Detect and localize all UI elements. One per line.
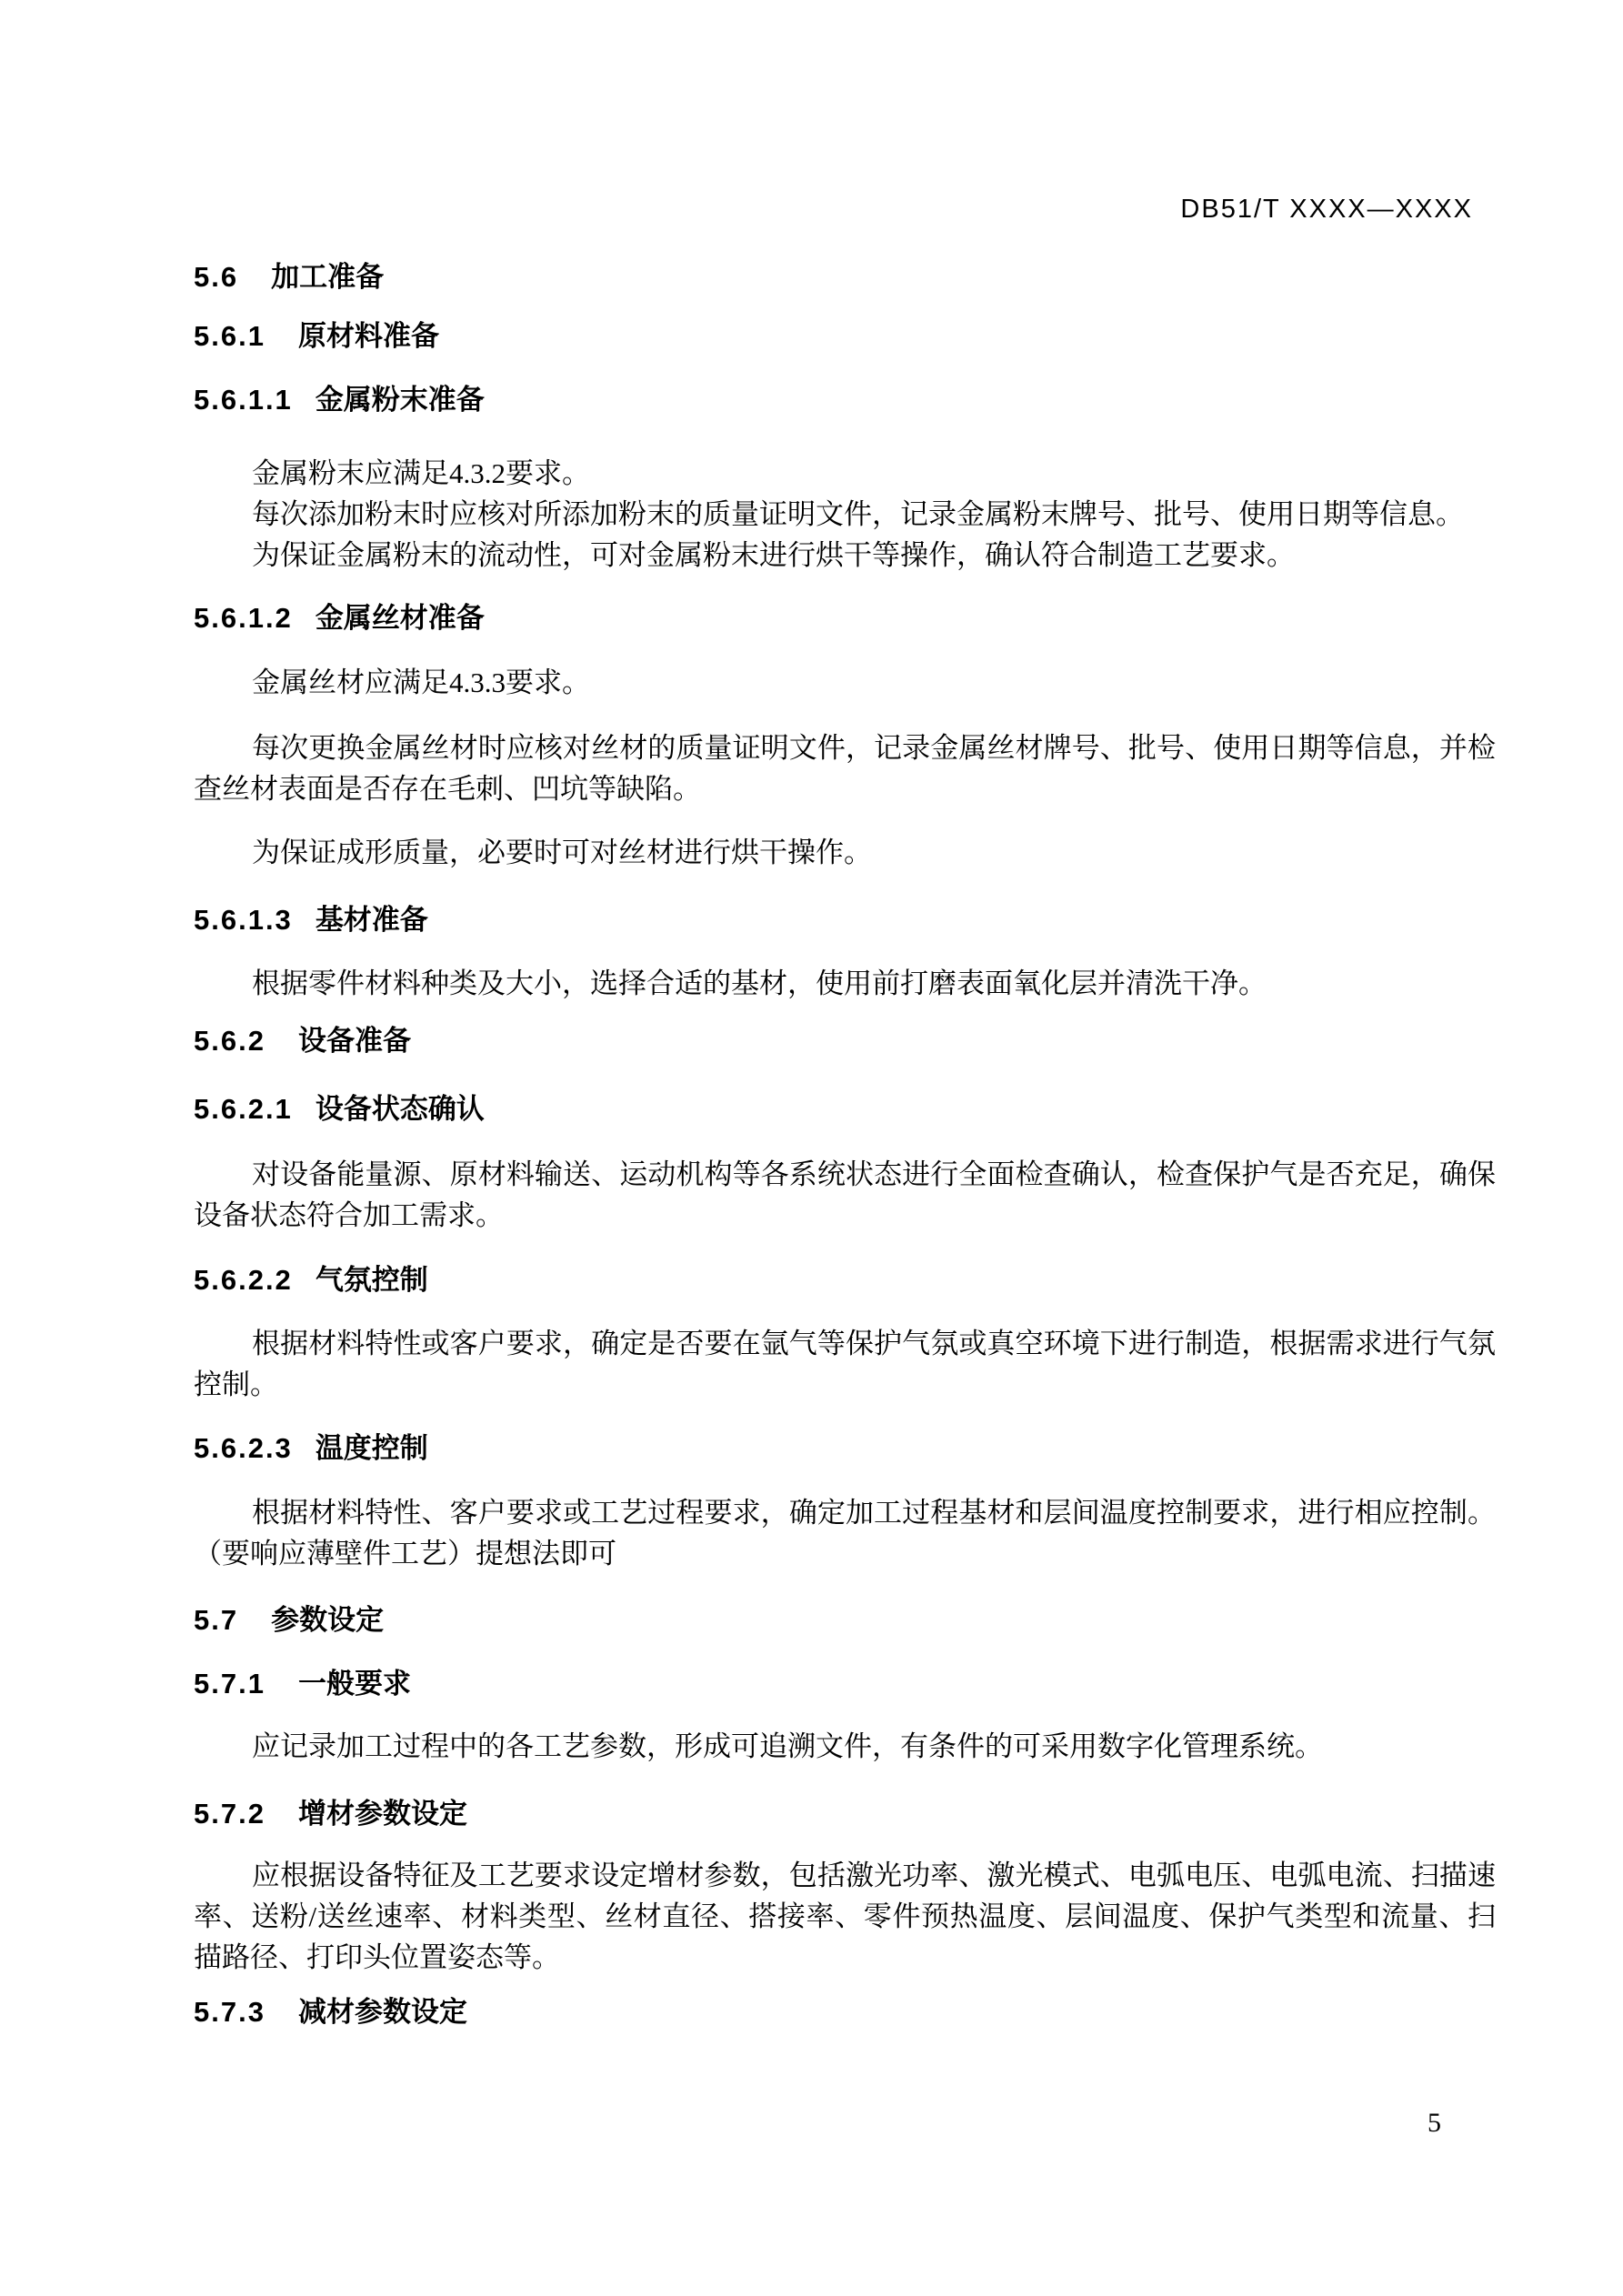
clause-number: 5.6.2.1 [194, 1094, 293, 1125]
clause-number: 5.6.1 [194, 321, 265, 352]
clause-heading-5-7-3: 5.7.3 减材参数设定 [194, 1997, 467, 2028]
clause-heading-5-6-1-2: 5.6.1.2 金属丝材准备 [194, 603, 485, 634]
clause-paragraph-temperature-control: 根据材料特性、客户要求或工艺过程要求，确定加工过程基材和层间温度控制要求，进行相… [194, 1492, 1496, 1574]
clause-number: 5.7.3 [194, 1997, 265, 2028]
clause-title: 减材参数设定 [298, 1997, 467, 2028]
clause-number: 5.6.2.3 [194, 1433, 293, 1464]
clause-paragraph-equipment-status: 对设备能量源、原材料输送、运动机构等各系统状态进行全面检查确认，检查保护气是否充… [194, 1154, 1496, 1236]
clause-heading-5-7-1: 5.7.1 一般要求 [194, 1669, 411, 1699]
clause-title: 增材参数设定 [298, 1799, 467, 1830]
clause-number: 5.6.1.2 [194, 603, 293, 634]
clause-paragraph-substrate-preparation: 根据零件材料种类及大小，选择合适的基材，使用前打磨表面氧化层并清洗干净。 [194, 963, 1496, 1004]
clause-title: 原材料准备 [298, 321, 439, 352]
running-header-standard-number: DB51/T XXXX—XXXX [1180, 195, 1473, 225]
clause-title: 温度控制 [316, 1433, 428, 1464]
clause-number: 5.6.1.1 [194, 385, 293, 416]
clause-heading-5-6-2-3: 5.6.2.3 温度控制 [194, 1433, 428, 1464]
clause-title: 金属粉末准备 [316, 385, 485, 416]
clause-number: 5.6.1.3 [194, 905, 293, 936]
clause-title: 设备状态确认 [316, 1094, 485, 1125]
clause-heading-5-6-1-3: 5.6.1.3 基材准备 [194, 905, 428, 936]
clause-heading-5-7-2: 5.7.2 增材参数设定 [194, 1799, 467, 1830]
clause-number: 5.7 [194, 1605, 238, 1636]
clause-number: 5.6 [194, 262, 238, 293]
clause-heading-5-6-1-1: 5.6.1.1 金属粉末准备 [194, 385, 485, 416]
clause-number: 5.6.2.2 [194, 1265, 293, 1296]
clause-title: 设备准备 [298, 1026, 411, 1057]
clause-paragraph-powder-drying: 为保证金属粉末的流动性，可对金属粉末进行烘干等操作，确认符合制造工艺要求。 [194, 535, 1496, 576]
clause-number: 5.7.2 [194, 1799, 265, 1830]
clause-title: 参数设定 [271, 1605, 384, 1636]
clause-title: 气氛控制 [316, 1265, 428, 1296]
clause-paragraph-wire-requirement: 金属丝材应满足4.3.3要求。 [194, 662, 1496, 703]
clause-paragraph-parameter-record: 应记录加工过程中的各工艺参数，形成可追溯文件，有条件的可采用数字化管理系统。 [194, 1726, 1496, 1767]
clause-title: 一般要求 [298, 1669, 411, 1699]
clause-paragraph-powder-certificate: 每次添加粉末时应核对所添加粉末的质量证明文件，记录金属粉末牌号、批号、使用日期等… [194, 494, 1496, 535]
clause-paragraph-wire-drying: 为保证成形质量，必要时可对丝材进行烘干操作。 [194, 832, 1496, 873]
clause-heading-5-7: 5.7 参数设定 [194, 1605, 384, 1636]
clause-paragraph-additive-parameters: 应根据设备特征及工艺要求设定增材参数，包括激光功率、激光模式、电弧电压、电弧电流… [194, 1855, 1496, 1978]
footer-page-number: 5 [1428, 2108, 1441, 2139]
clause-paragraph-wire-certificate: 每次更换金属丝材时应核对丝材的质量证明文件，记录金属丝材牌号、批号、使用日期等信… [194, 727, 1496, 809]
clause-heading-5-6: 5.6 加工准备 [194, 262, 384, 293]
clause-title: 金属丝材准备 [316, 603, 485, 634]
clause-paragraph-atmosphere-control: 根据材料特性或客户要求，确定是否要在氩气等保护气氛或真空环境下进行制造，根据需求… [194, 1323, 1496, 1405]
clause-heading-5-6-2-1: 5.6.2.1 设备状态确认 [194, 1094, 485, 1125]
clause-title: 加工准备 [271, 262, 384, 293]
clause-number: 5.6.2 [194, 1026, 265, 1057]
clause-heading-5-6-2-2: 5.6.2.2 气氛控制 [194, 1265, 428, 1296]
clause-number: 5.7.1 [194, 1669, 265, 1699]
clause-paragraph-powder-requirement: 金属粉末应满足4.3.2要求。 [194, 453, 1496, 494]
clause-title: 基材准备 [316, 905, 428, 936]
clause-heading-5-6-1: 5.6.1 原材料准备 [194, 321, 439, 352]
clause-heading-5-6-2: 5.6.2 设备准备 [194, 1026, 411, 1057]
standard-document-page: DB51/T XXXX—XXXX 5.6 加工准备 5.6.1 原材料准备 5.… [0, 0, 1623, 2296]
